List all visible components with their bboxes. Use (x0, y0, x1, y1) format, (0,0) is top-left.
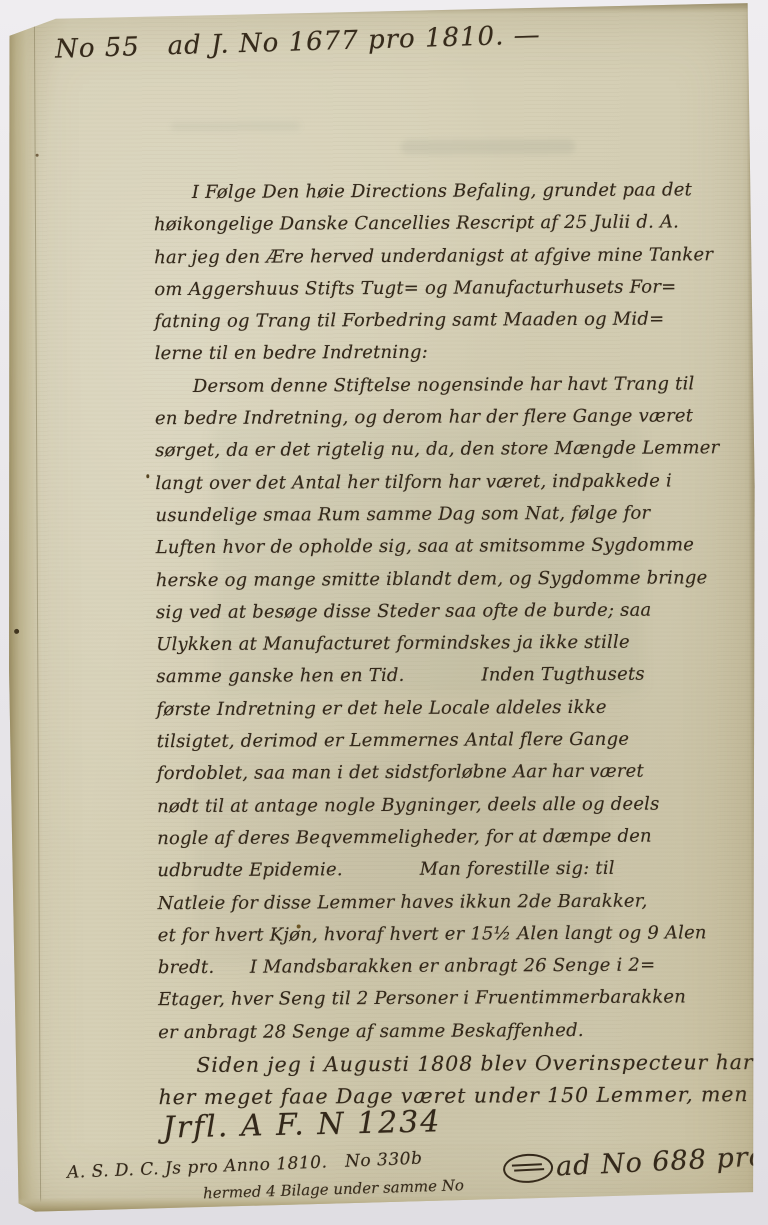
paper-fold-bottom-edge (11, 1194, 759, 1213)
manuscript-body: I Følge Den høie Directions Befaling, gr… (154, 174, 739, 1114)
manuscript-line: Ulykken at Manufacturet formindskes ja i… (156, 626, 736, 661)
manuscript-line: om Aggershuus Stifts Tugt= og Manufactur… (154, 271, 734, 306)
manuscript-line: fatning og Trang til Forbedring samt Maa… (154, 303, 734, 338)
manuscript-line: et for hvert Kjøn, hvoraf hvert er 15½ A… (158, 917, 738, 952)
document-scan: No 55 ad J. No 1677 pro 1810. — I Følge … (0, 0, 768, 1225)
archive-annotation-right: ad No 688 pro 1812. (502, 1137, 768, 1185)
paper-fold-left-edge (5, 7, 45, 1213)
manuscript-line: Luften hvor de opholde sig, saa at smits… (156, 529, 736, 564)
manuscript-page: No 55 ad J. No 1677 pro 1810. — I Følge … (5, 3, 759, 1213)
manuscript-line: Etager, hver Seng til 2 Personer i Fruen… (158, 982, 738, 1017)
manuscript-line: samme ganske hen en Tid. Inden Tugthuset… (156, 659, 736, 694)
paper-right-edge (746, 3, 759, 1209)
manuscript-line: tilsigtet, derimod er Lemmernes Antal fl… (157, 723, 737, 758)
manuscript-line: en bedre Indretning, og derom har der fl… (155, 400, 735, 435)
paper-top-edge (5, 3, 753, 16)
ink-speck (146, 474, 149, 478)
manuscript-line: herske og mange smitte iblandt dem, og S… (156, 562, 736, 597)
manuscript-line: udbrudte Epidemie. Man forestille sig: t… (157, 852, 737, 887)
manuscript-line: første Indretning er det hele Locale ald… (156, 691, 736, 726)
manuscript-line: I Følge Den høie Directions Befaling, gr… (154, 174, 734, 209)
manuscript-line: sørget, da er det rigtelig nu, da, den s… (155, 433, 735, 468)
manuscript-line: Natleie for disse Lemmer haves ikkun 2de… (157, 885, 737, 920)
manuscript-line: lerne til en bedre Indretning: (155, 336, 735, 371)
manuscript-line: bredt. I Mandsbarakken er anbragt 26 Sen… (158, 949, 738, 984)
manuscript-line: nødt til at antage nogle Bygninger, deel… (157, 788, 737, 823)
journal-reference: Jrfl. A F. N 1234 (162, 1104, 441, 1145)
manuscript-line: sig ved at besøge disse Steder saa ofte … (156, 594, 736, 629)
manuscript-line: fordoblet, saa man i det sidstforløbne A… (157, 755, 737, 790)
archive-annotation-left: A. S. D. C. Js pro Anno 1810. No 330b (67, 1149, 423, 1183)
manuscript-line: har jeg den Ære herved underdanigst at a… (154, 239, 734, 274)
manuscript-line: er anbragt 28 Senge af samme Beskaffenhe… (158, 1014, 738, 1049)
manuscript-line: høikongelige Danske Cancellies Rescript … (154, 206, 734, 241)
manuscript-line: langt over det Antal her tilforn har vær… (155, 465, 735, 500)
archive-annotation-right-text: ad No 688 pro 1812. (555, 1137, 768, 1183)
manuscript-line: usundelige smaa Rum samme Dag som Nat, f… (155, 497, 735, 532)
show-through-smudge (170, 121, 300, 131)
manuscript-line: Siden jeg i Augusti 1808 blev Overinspec… (158, 1046, 738, 1081)
manuscript-line: nogle af deres Beqvemmeligheder, for at … (157, 820, 737, 855)
manuscript-line: Dersom denne Stiftelse nogensinde har ha… (155, 368, 735, 403)
show-through-smudge (401, 139, 576, 155)
circled-annotation-mark (502, 1153, 553, 1184)
docket-number: No 55 ad J. No 1677 pro 1810. — (55, 20, 541, 64)
